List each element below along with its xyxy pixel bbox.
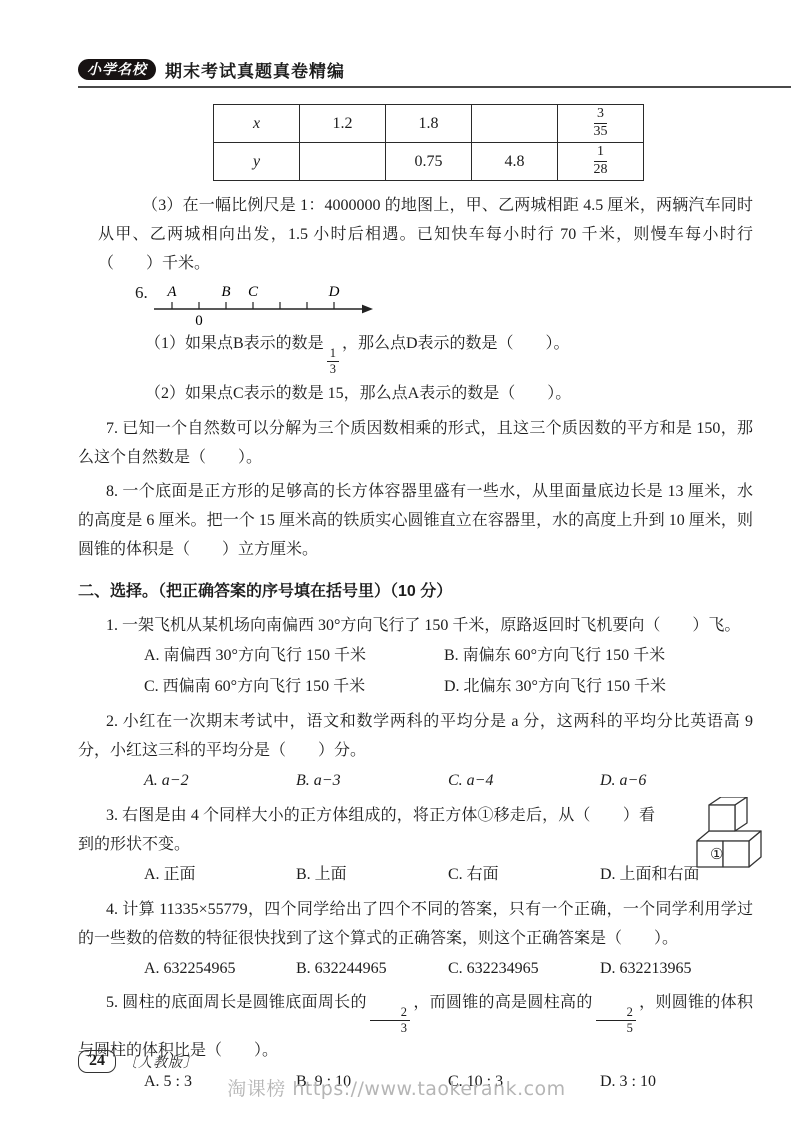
- xy-fill-table: x 1.2 1.8 3 35 y 0.75 4.8 1 28: [213, 104, 644, 181]
- choice-3-text: 3. 右图是由 4 个同样大小的正方体组成的，将正方体①移走后，从（ ）看到的形…: [78, 801, 753, 859]
- table-cell-blank: [472, 105, 558, 143]
- choice-2-text: 2. 小红在一次期末考试中，语文和数学两科的平均分是 a 分，这两科的平均分比英…: [78, 707, 753, 765]
- fraction: 25: [596, 1006, 636, 1035]
- choice-3-block: 3. 右图是由 4 个同样大小的正方体组成的，将正方体①移走后，从（ ）看到的形…: [78, 801, 753, 859]
- fraction: 13: [327, 347, 339, 376]
- choice-4-options: A. 632254965 B. 632244965 C. 632234965 D…: [144, 954, 753, 984]
- table-cell-blank: [300, 143, 386, 181]
- point-a-label: A: [166, 284, 177, 300]
- option-c: C. 632234965: [448, 954, 600, 984]
- cube-1-label: ①: [710, 847, 723, 863]
- arrow-icon: [362, 305, 373, 314]
- zero-label: 0: [195, 313, 203, 327]
- option-c: C. 右面: [448, 860, 600, 890]
- choice-5-seg1: 5. 圆柱的底面周长是圆锥底面周长的: [106, 994, 367, 1011]
- option-a: A. 正面: [144, 860, 296, 890]
- table-row-x: x 1.2 1.8 3 35: [214, 105, 644, 143]
- table-cell: 0.75: [386, 143, 472, 181]
- edition-label: 〔人教版〕: [123, 1052, 198, 1072]
- table-cell: 1.8: [386, 105, 472, 143]
- table-cell-y-label: y: [214, 143, 300, 181]
- question-3-text: （3）在一幅比例尺是 1：4000000 的地图上，甲、乙两城相距 4.5 厘米…: [98, 191, 753, 278]
- option-a: A. 632254965: [144, 954, 296, 984]
- question-6-1: （1）如果点B表示的数是13，那么点D表示的数是（ ）。: [145, 329, 753, 376]
- fraction: 3 35: [594, 107, 608, 139]
- cube-figure: ①: [693, 797, 785, 875]
- option-c: C. 西偏南 60°方向飞行 150 千米: [144, 672, 444, 702]
- question-6-number: 6.: [135, 281, 148, 305]
- question-6-2: （2）如果点C表示的数是 15，那么点A表示的数是（ ）。: [145, 379, 753, 408]
- option-b: B. 上面: [296, 860, 448, 890]
- page-header: 小学名校 期末考试真题真卷精编: [78, 57, 791, 88]
- series-badge: 小学名校: [78, 59, 156, 81]
- point-c-label: C: [248, 284, 259, 300]
- choice-5-seg2: ，而圆锥的高是圆柱高的: [413, 994, 593, 1011]
- option-a: A. 南偏西 30°方向飞行 150 千米: [144, 641, 444, 671]
- page-number: 24: [78, 1050, 116, 1073]
- option-b: B. a−3: [296, 766, 448, 796]
- option-b: B. 632244965: [296, 954, 448, 984]
- question-6-1-post: ，那么点D表示的数是（ ）。: [342, 335, 570, 352]
- point-d-label: D: [327, 284, 339, 300]
- question-6: 6. A B C D 0: [135, 281, 753, 327]
- number-line-figure: A B C D 0: [152, 281, 374, 327]
- option-d: D. a−6: [600, 766, 753, 796]
- choice-1-text: 1. 一架飞机从某机场向南偏西 30°方向飞行了 150 千米，原路返回时飞机要…: [78, 611, 753, 640]
- choice-3-options: A. 正面 B. 上面 C. 右面 D. 上面和右面: [144, 860, 753, 890]
- table-cell-x-label: x: [214, 105, 300, 143]
- section-2-heading: 二、选择。（把正确答案的序号填在括号里）（10 分）: [78, 577, 753, 606]
- watermark: 淘课榜 https://www.taokerank.com: [0, 1074, 793, 1101]
- option-a: A. a−2: [144, 766, 296, 796]
- fraction: 23: [370, 1006, 410, 1035]
- table-cell-fraction: 3 35: [558, 105, 644, 143]
- page-footer: 24 〔人教版〕: [78, 1050, 198, 1073]
- table-cell: 1.2: [300, 105, 386, 143]
- option-d: D. 北偏东 30°方向飞行 150 千米: [444, 672, 753, 702]
- choice-2-options: A. a−2 B. a−3 C. a−4 D. a−6: [144, 766, 753, 796]
- option-c: C. a−4: [448, 766, 600, 796]
- table-row-y: y 0.75 4.8 1 28: [214, 143, 644, 181]
- question-8-text: 8. 一个底面是正方形的足够高的长方体容器里盛有一些水，从里面量底边长是 13 …: [78, 477, 753, 564]
- question-6-1-pre: （1）如果点B表示的数是: [145, 335, 324, 352]
- point-b-label: B: [221, 284, 230, 300]
- question-7-text: 7. 已知一个自然数可以分解为三个质因数相乘的形式，且这三个质因数的平方和是 1…: [78, 414, 753, 472]
- choice-1-options-row-1: A. 南偏西 30°方向飞行 150 千米 B. 南偏东 60°方向飞行 150…: [144, 641, 753, 671]
- page-title: 期末考试真题真卷精编: [165, 57, 345, 82]
- fraction: 1 28: [594, 145, 608, 177]
- table-cell-fraction: 1 28: [558, 143, 644, 181]
- choice-1-options-row-2: C. 西偏南 60°方向飞行 150 千米 D. 北偏东 30°方向飞行 150…: [144, 672, 753, 702]
- exam-page: 小学名校 期末考试真题真卷精编 x 1.2 1.8 3 35 y 0.75 4.…: [0, 0, 793, 1122]
- option-d: D. 632213965: [600, 954, 753, 984]
- table-cell: 4.8: [472, 143, 558, 181]
- option-b: B. 南偏东 60°方向飞行 150 千米: [444, 641, 753, 671]
- choice-4-text: 4. 计算 11335×55779，四个同学给出了四个不同的答案，只有一个正确，…: [78, 895, 753, 953]
